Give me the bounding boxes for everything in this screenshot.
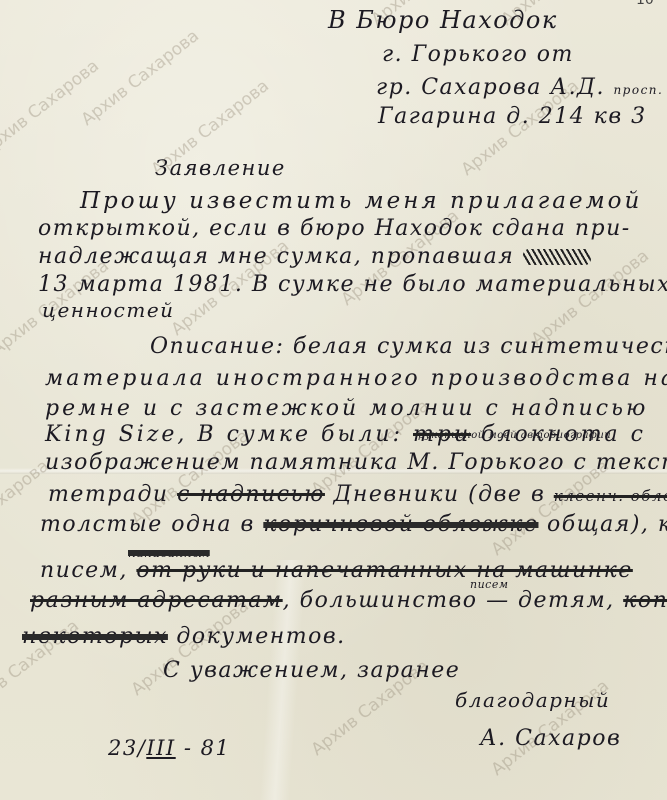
body-line: надлежащая мне сумка, пропавшая xyxy=(38,246,591,268)
struck-text: разным адресатам xyxy=(30,588,283,613)
struck-text: некоторых xyxy=(22,624,168,649)
body-line: изображением памятника М. Горького с тек… xyxy=(45,452,667,474)
document-page: 10 Архив Сахарова Архив Сахарова Архив С… xyxy=(0,0,667,800)
date-year: - 81 xyxy=(184,736,231,760)
body-line: Прошу известить меня прилагаемой xyxy=(80,190,642,213)
closing-line: благодарный xyxy=(455,690,610,710)
closing-line: С уважением, заранее xyxy=(163,660,460,682)
date-day: 23 xyxy=(108,736,138,760)
watermark: Архив Сахарова xyxy=(78,26,203,130)
body-line: материала иностранного производства на xyxy=(45,368,667,390)
struck-text: от руки и напечатанных на машинке xyxy=(136,558,632,583)
scribbled-out-text xyxy=(523,249,591,265)
address-line: г. Горького от xyxy=(382,44,574,66)
struck-text: копии xyxy=(623,588,667,613)
address-addition: просп. xyxy=(613,83,663,97)
body-line: открыткой, если в бюро Находок сдана при… xyxy=(38,218,631,240)
date-month: III xyxy=(146,736,175,760)
address-line: В Бюро Находок xyxy=(328,8,558,32)
body-line: толстые одна в коричневой обложке общая)… xyxy=(40,514,667,536)
document-title: Заявление xyxy=(155,158,286,179)
page-number: 10 xyxy=(636,0,654,8)
body-line: тетради с надписью Дневники (две в клеен… xyxy=(48,484,667,506)
address-line: гр. Сахарова А.Д. просп. xyxy=(376,77,663,99)
body-line: ценностей xyxy=(42,300,175,320)
sender-name: гр. Сахарова А.Д. xyxy=(376,75,605,100)
body-line: писем, от руки и напечатанных на машинке xyxy=(40,560,633,582)
struck-text: три xyxy=(413,422,471,447)
body-line: некоторых документов. xyxy=(22,626,346,648)
body-line: разным адресатам, большинство — детям, к… xyxy=(30,590,667,612)
struck-text: коричневой обложке xyxy=(263,512,538,537)
watermark: Архив Сахарова xyxy=(0,56,103,160)
body-line: Описание: белая сумка из синтетического xyxy=(150,336,667,358)
address-line: Гагарина д. 214 кв 3 xyxy=(378,106,647,128)
body-line: 13 марта 1981. В сумке не было материаль… xyxy=(38,274,667,296)
struck-text: клеенч. обложке xyxy=(554,487,667,505)
signature: А. Сахаров xyxy=(480,728,621,750)
body-line: ремне и с застежкой молнии с надписью xyxy=(45,398,648,420)
date: 23/III - 81 xyxy=(108,738,230,759)
struck-text: с надписью xyxy=(177,482,325,507)
body-line: King Size, В сумке были: три блокнота с xyxy=(45,424,646,446)
